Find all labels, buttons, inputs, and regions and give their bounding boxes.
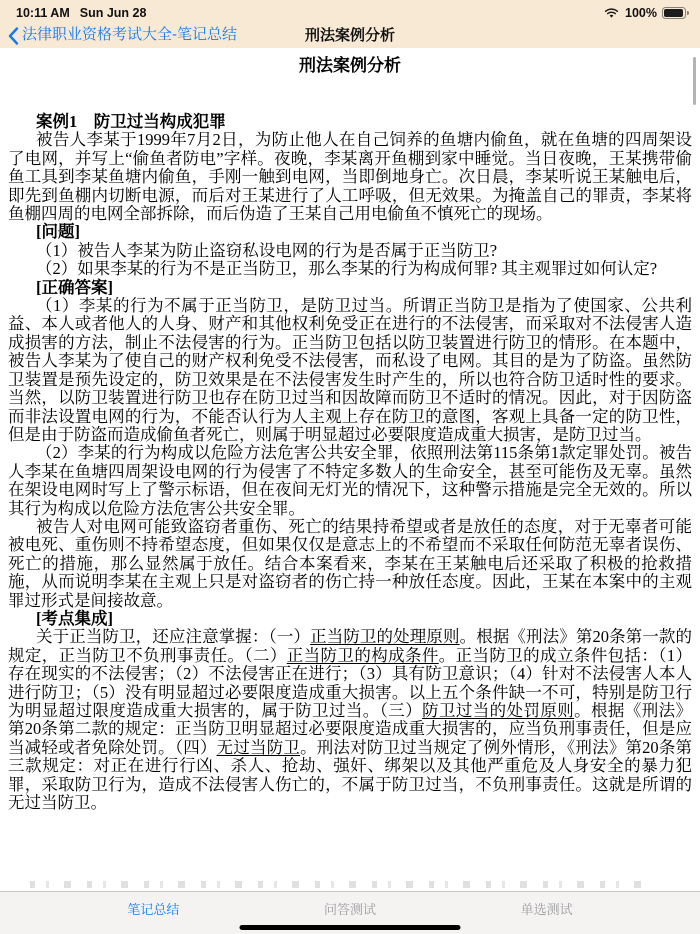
doc-paragraph: 被告人对电网可能致盗窃者重伤、死亡的结果持希望或者是放任的态度，对于无辜者可能被… <box>8 518 692 610</box>
doc-paragraph: 被告人李某于1999年7月2日，为防止他人在自己饲养的鱼塘内偷鱼，就在鱼塘的四周… <box>8 131 692 223</box>
status-time: 10:11 AM <box>16 6 70 20</box>
clipped-text-remnant <box>30 881 655 888</box>
document-title: 刑法案例分析 <box>8 56 692 76</box>
battery-icon <box>662 7 686 19</box>
doc-paragraph: （2）如果李某的行为不是正当防卫，那么李某的行为构成何罪? 其主观罪过如何认定? <box>8 260 692 278</box>
battery-percent: 100% <box>625 6 657 20</box>
tab-notes-summary[interactable]: 笔记总结 <box>55 902 252 918</box>
doc-section-label: [正确答案] <box>8 279 692 297</box>
document-view[interactable]: 刑法案例分析 案例1 防卫过当构成犯罪被告人李某于1999年7月2日，为防止他人… <box>0 48 700 891</box>
underlined-key-term: 正当防卫的处理原则 <box>310 627 459 646</box>
status-date: Sun Jun 28 <box>80 6 147 20</box>
back-button-label: 法律职业资格考试大全-笔记总结 <box>22 24 237 46</box>
doc-case-heading: 案例1 防卫过当构成犯罪 <box>8 113 692 131</box>
doc-paragraph: （1）被告人李某为防止盗窃私设电网的行为是否属于正当防卫? <box>8 242 692 260</box>
back-button[interactable]: 法律职业资格考试大全-笔记总结 <box>8 24 237 46</box>
scrollbar[interactable] <box>693 57 696 105</box>
doc-paragraph: 关于正当防卫，还应注意掌握：（一）正当防卫的处理原则。根据《刑法》第20条第一款… <box>8 628 692 812</box>
doc-text-segment: 关于正当防卫，还应注意掌握：（一） <box>36 627 310 646</box>
app-screen: 10:11 AM Sun Jun 28 100% 法律职业 <box>0 0 700 934</box>
top-bar: 10:11 AM Sun Jun 28 100% 法律职业 <box>0 0 700 48</box>
underlined-key-term: 无过当防卫 <box>217 738 300 757</box>
doc-paragraph: （1）李某的行为不属于正当防卫，是防卫过当。所谓正当防卫是指为了使国家、公共利益… <box>8 297 692 444</box>
navigation-bar: 法律职业资格考试大全-笔记总结 刑法案例分析 <box>0 24 700 48</box>
underlined-key-term: 正当防卫的构成条件 <box>287 646 439 665</box>
status-bar: 10:11 AM Sun Jun 28 100% <box>0 0 700 24</box>
home-indicator[interactable] <box>240 925 461 930</box>
doc-section-label: [考点集成] <box>8 610 692 628</box>
wifi-icon <box>603 7 620 19</box>
underlined-key-term: 防卫过当的处罚原则 <box>422 701 574 720</box>
doc-paragraph: （2）李某的行为构成以危险方法危害公共安全罪，依照刑法第115条第1款定罪处罚。… <box>8 444 692 518</box>
doc-section-label: [问题] <box>8 223 692 241</box>
back-chevron-icon <box>8 27 19 45</box>
tab-single-choice-test[interactable]: 单选测试 <box>448 902 645 918</box>
tab-qa-test[interactable]: 问答测试 <box>252 902 449 918</box>
document-content: 案例1 防卫过当构成犯罪被告人李某于1999年7月2日，为防止他人在自己饲养的鱼… <box>8 113 692 812</box>
